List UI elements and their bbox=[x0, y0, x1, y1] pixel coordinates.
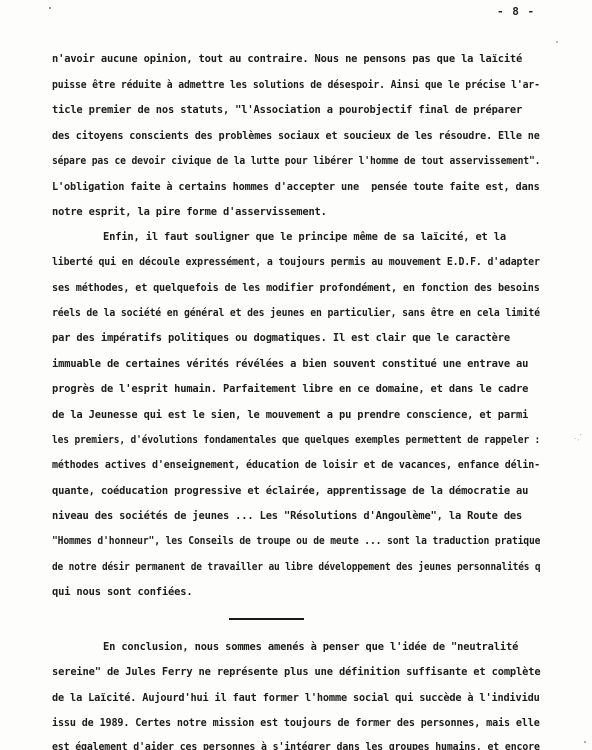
text-line: sépare pas ce devoir civique de la lutte… bbox=[52, 154, 540, 168]
text-line: issu de 1989. Certes notre mission est t… bbox=[52, 716, 540, 730]
text-line: de la Laïcité. Aujourd'hui il faut forme… bbox=[52, 691, 540, 705]
section-separator-rule bbox=[229, 618, 304, 620]
text-line: notre esprit, la pire forme d'asservisse… bbox=[52, 205, 327, 219]
text-line: puisse être réduite à admettre les solut… bbox=[52, 78, 540, 92]
text-line: des citoyens conscients des problèmes so… bbox=[52, 129, 540, 143]
scan-speck bbox=[49, 7, 51, 9]
text-line: méthodes actives d'enseignement, éducati… bbox=[52, 458, 540, 472]
scan-speck bbox=[556, 41, 558, 43]
text-line: En conclusion, nous sommes amenés à pens… bbox=[103, 640, 518, 654]
text-line: progrès de l'esprit humain. Parfaitement… bbox=[52, 382, 528, 396]
text-line: de notre désir permanent de travailler a… bbox=[52, 560, 540, 574]
text-line: par des impératifs politiques ou dogmati… bbox=[52, 331, 510, 345]
text-line: ses méthodes, et quelquefois de les modi… bbox=[52, 281, 540, 295]
text-line: immuable de certaines vérités révélées a… bbox=[52, 357, 528, 371]
text-line: niveau des sociétés de jeunes ... Les "R… bbox=[52, 509, 522, 523]
text-line: sereine" de Jules Ferry ne représente pl… bbox=[52, 665, 540, 679]
text-line: ticle premier de nos statuts, "l'Associa… bbox=[52, 103, 522, 117]
text-line: liberté qui en découle expressément, a t… bbox=[52, 255, 540, 269]
text-line: réels de la société en général et des je… bbox=[52, 306, 540, 320]
margin-pencil-mark: .ˏʼ bbox=[574, 433, 582, 441]
text-line: quante, coéducation progressive et éclai… bbox=[52, 484, 528, 498]
text-line: Enfin, il faut souligner que le principe… bbox=[103, 230, 506, 244]
text-line: L'obligation faite à certains hommes d'a… bbox=[52, 180, 540, 194]
text-line: qui nous sont confiées. bbox=[52, 585, 192, 599]
scan-speck bbox=[584, 741, 586, 743]
text-line: "Hommes d'honneur", les Conseils de trou… bbox=[52, 534, 540, 548]
text-line: les premiers, d'évolutions fondamentales… bbox=[52, 433, 540, 447]
page-number: - 8 - bbox=[497, 5, 535, 18]
typewritten-page: - 8 - n'avoir aucune opinion, tout au co… bbox=[0, 0, 592, 750]
text-line: est également d'aider ces personnes à s'… bbox=[52, 740, 540, 750]
text-line: n'avoir aucune opinion, tout au contrair… bbox=[52, 52, 522, 66]
text-line: de la Jeunesse qui est le sien, le mouve… bbox=[52, 408, 528, 422]
